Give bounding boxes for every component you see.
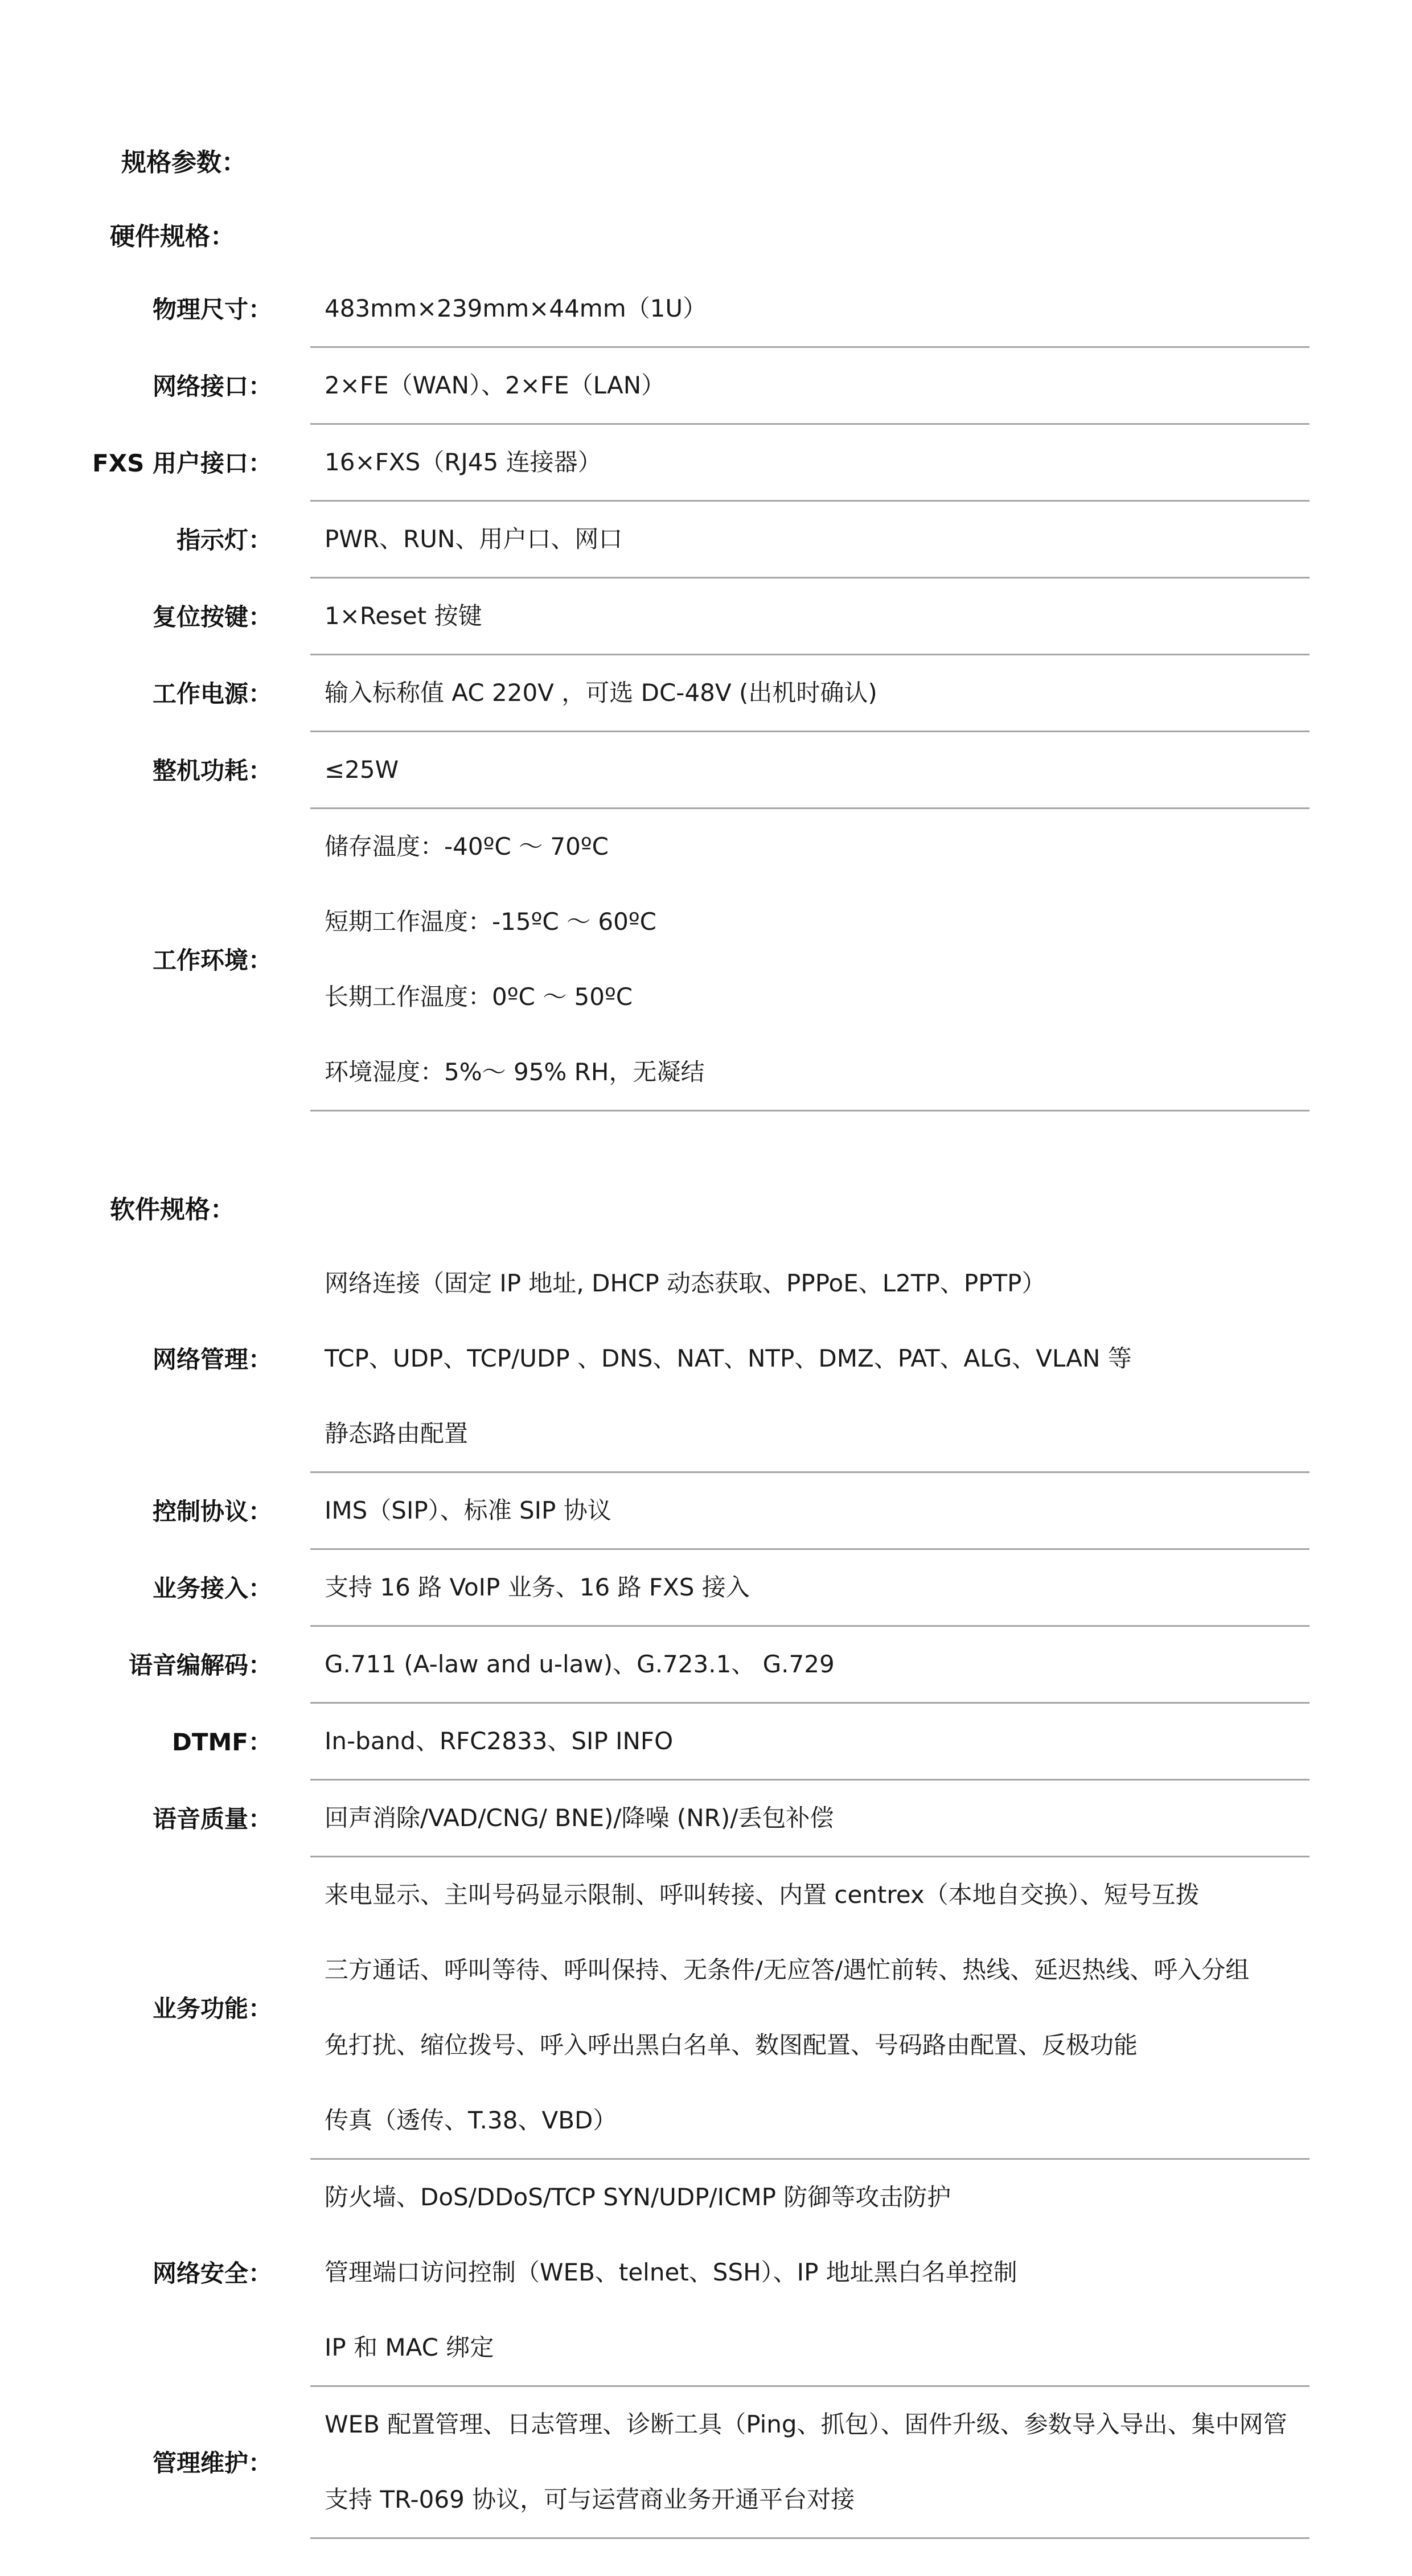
spec-label: 管理维护：: [0, 2447, 272, 2479]
spec-value: 环境湿度：5%～ 95% RH，无凝结: [310, 1035, 1310, 1110]
spec-value: 储存温度：-40ºC ～ 70ºC: [310, 809, 1310, 884]
spec-label: DTMF：: [0, 1726, 272, 1758]
hardware-section-title: 硬件规格：: [110, 221, 235, 253]
spec-value: 16×FXS（RJ45 连接器）: [310, 425, 1310, 500]
spec-label: FXS 用户接口：: [0, 448, 272, 479]
spec-value: WEB 配置管理、日志管理、诊断工具（Ping、抓包）、固件升级、参数导入导出、…: [310, 2387, 1310, 2462]
spec-row-service-access: 业务接入： 支持 16 路 VoIP 业务、16 路 FXS 接入: [0, 1550, 1412, 1627]
page-title: 规格参数：: [121, 147, 247, 179]
spec-value: 输入标称值 AC 220V ，可选 DC-48V (出机时确认): [310, 655, 1310, 731]
spec-values: In-band、RFC2833、SIP INFO: [310, 1704, 1310, 1781]
spec-row-physical-size: 物理尺寸： 483mm×239mm×44mm（1U）: [0, 271, 1412, 348]
software-spec-table: 网络管理： 网络连接（固定 IP 地址, DHCP 动态获取、PPPoE、L2T…: [0, 1246, 1412, 2539]
spec-row-dtmf: DTMF： In-band、RFC2833、SIP INFO: [0, 1704, 1412, 1781]
spec-row-power-consumption: 整机功耗： ≤25W: [0, 732, 1412, 809]
spec-values: 来电显示、主叫号码显示限制、呼叫转接、内置 centrex（本地自交换）、短号互…: [310, 1857, 1310, 2160]
spec-value: 长期工作温度：0ºC ～ 50ºC: [310, 959, 1310, 1035]
spec-values: 1×Reset 按键: [310, 579, 1310, 655]
spec-values: G.711 (A-law and u-law)、G.723.1、 G.729: [310, 1627, 1310, 1704]
spec-value: 防火墙、DoS/DDoS/TCP SYN/UDP/ICMP 防御等攻击防护: [310, 2160, 1310, 2235]
spec-value: 免打扰、缩位拨号、呼入呼出黑白名单、数图配置、号码路由配置、反极功能: [310, 2008, 1310, 2083]
spec-row-power-supply: 工作电源： 输入标称值 AC 220V ，可选 DC-48V (出机时确认): [0, 655, 1412, 732]
spec-row-network-interface: 网络接口： 2×FE（WAN）、2×FE（LAN）: [0, 348, 1412, 425]
spec-row-voice-quality: 语音质量： 回声消除/VAD/CNG/ BNE)/降噪 (NR)/丢包补偿: [0, 1781, 1412, 1857]
spec-label: 业务接入：: [0, 1573, 272, 1605]
spec-values: 2×FE（WAN）、2×FE（LAN）: [310, 348, 1310, 425]
spec-values: 回声消除/VAD/CNG/ BNE)/降噪 (NR)/丢包补偿: [310, 1781, 1310, 1857]
spec-label: 整机功耗：: [0, 755, 272, 787]
spec-row-management-maintenance: 管理维护： WEB 配置管理、日志管理、诊断工具（Ping、抓包）、固件升级、参…: [0, 2387, 1412, 2539]
spec-value: 网络连接（固定 IP 地址, DHCP 动态获取、PPPoE、L2TP、PPTP…: [310, 1246, 1310, 1321]
spec-value: 三方通话、呼叫等待、呼叫保持、无条件/无应答/遇忙前转、热线、延迟热线、呼入分组: [310, 1933, 1310, 2008]
spec-label: 物理尺寸：: [0, 294, 272, 326]
spec-label: 网络安全：: [0, 2258, 272, 2290]
spec-label: 网络管理：: [0, 1344, 272, 1376]
spec-value: TCP、UDP、TCP/UDP 、DNS、NAT、NTP、DMZ、PAT、ALG…: [310, 1321, 1310, 1396]
spec-row-control-protocol: 控制协议： IMS（SIP）、标准 SIP 协议: [0, 1473, 1412, 1550]
spec-values: WEB 配置管理、日志管理、诊断工具（Ping、抓包）、固件升级、参数导入导出、…: [310, 2387, 1310, 2539]
spec-label: 工作环境：: [0, 945, 272, 977]
spec-values: 支持 16 路 VoIP 业务、16 路 FXS 接入: [310, 1550, 1310, 1627]
spec-value: 483mm×239mm×44mm（1U）: [310, 271, 1310, 346]
spec-value: PWR、RUN、用户口、网口: [310, 502, 1310, 577]
spec-row-fxs-interface: FXS 用户接口： 16×FXS（RJ45 连接器）: [0, 425, 1412, 502]
software-section-title: 软件规格：: [110, 1194, 235, 1226]
spec-values: 储存温度：-40ºC ～ 70ºC 短期工作温度：-15ºC ～ 60ºC 长期…: [310, 809, 1310, 1111]
spec-value: In-band、RFC2833、SIP INFO: [310, 1704, 1310, 1779]
spec-row-indicator: 指示灯： PWR、RUN、用户口、网口: [0, 502, 1412, 579]
spec-values: 网络连接（固定 IP 地址, DHCP 动态获取、PPPoE、L2TP、PPTP…: [310, 1246, 1310, 1473]
spec-value: ≤25W: [310, 732, 1310, 807]
spec-label: 工作电源：: [0, 678, 272, 710]
spec-values: 483mm×239mm×44mm（1U）: [310, 271, 1310, 348]
spec-label: 指示灯：: [0, 524, 272, 556]
spec-value: 传真（透传、T.38、VBD）: [310, 2083, 1310, 2158]
spec-value: 支持 16 路 VoIP 业务、16 路 FXS 接入: [310, 1550, 1310, 1625]
spec-label: 语音编解码：: [0, 1650, 272, 1681]
spec-value: 支持 TR-069 协议，可与运营商业务开通平台对接: [310, 2462, 1310, 2537]
spec-row-environment: 工作环境： 储存温度：-40ºC ～ 70ºC 短期工作温度：-15ºC ～ 6…: [0, 809, 1412, 1111]
hardware-spec-table: 物理尺寸： 483mm×239mm×44mm（1U） 网络接口： 2×FE（WA…: [0, 271, 1412, 1111]
spec-values: 输入标称值 AC 220V ，可选 DC-48V (出机时确认): [310, 655, 1310, 732]
spec-values: ≤25W: [310, 732, 1310, 809]
spec-values: 16×FXS（RJ45 连接器）: [310, 425, 1310, 502]
spec-value: IMS（SIP）、标准 SIP 协议: [310, 1473, 1310, 1548]
spec-value: G.711 (A-law and u-law)、G.723.1、 G.729: [310, 1627, 1310, 1702]
spec-value: IP 和 MAC 绑定: [310, 2310, 1310, 2385]
spec-row-voice-codec: 语音编解码： G.711 (A-law and u-law)、G.723.1、 …: [0, 1627, 1412, 1704]
spec-value: 静态路由配置: [310, 1396, 1310, 1471]
spec-value: 2×FE（WAN）、2×FE（LAN）: [310, 348, 1310, 423]
spec-label: 语音质量：: [0, 1803, 272, 1835]
spec-row-network-security: 网络安全： 防火墙、DoS/DDoS/TCP SYN/UDP/ICMP 防御等攻…: [0, 2160, 1412, 2387]
spec-value: 短期工作温度：-15ºC ～ 60ºC: [310, 884, 1310, 959]
spec-value: 来电显示、主叫号码显示限制、呼叫转接、内置 centrex（本地自交换）、短号互…: [310, 1857, 1310, 1933]
spec-values: PWR、RUN、用户口、网口: [310, 502, 1310, 579]
spec-value: 管理端口访问控制（WEB、telnet、SSH）、IP 地址黑白名单控制: [310, 2235, 1310, 2310]
spec-label: 复位按键：: [0, 601, 272, 633]
spec-value: 1×Reset 按键: [310, 579, 1310, 654]
spec-label: 控制协议：: [0, 1496, 272, 1528]
spec-row-network-management: 网络管理： 网络连接（固定 IP 地址, DHCP 动态获取、PPPoE、L2T…: [0, 1246, 1412, 1473]
spec-label: 网络接口：: [0, 371, 272, 403]
spec-row-reset-button: 复位按键： 1×Reset 按键: [0, 579, 1412, 655]
spec-label: 业务功能：: [0, 1993, 272, 2025]
spec-row-service-features: 业务功能： 来电显示、主叫号码显示限制、呼叫转接、内置 centrex（本地自交…: [0, 1857, 1412, 2160]
spec-values: 防火墙、DoS/DDoS/TCP SYN/UDP/ICMP 防御等攻击防护 管理…: [310, 2160, 1310, 2387]
spec-value: 回声消除/VAD/CNG/ BNE)/降噪 (NR)/丢包补偿: [310, 1781, 1310, 1856]
spec-values: IMS（SIP）、标准 SIP 协议: [310, 1473, 1310, 1550]
